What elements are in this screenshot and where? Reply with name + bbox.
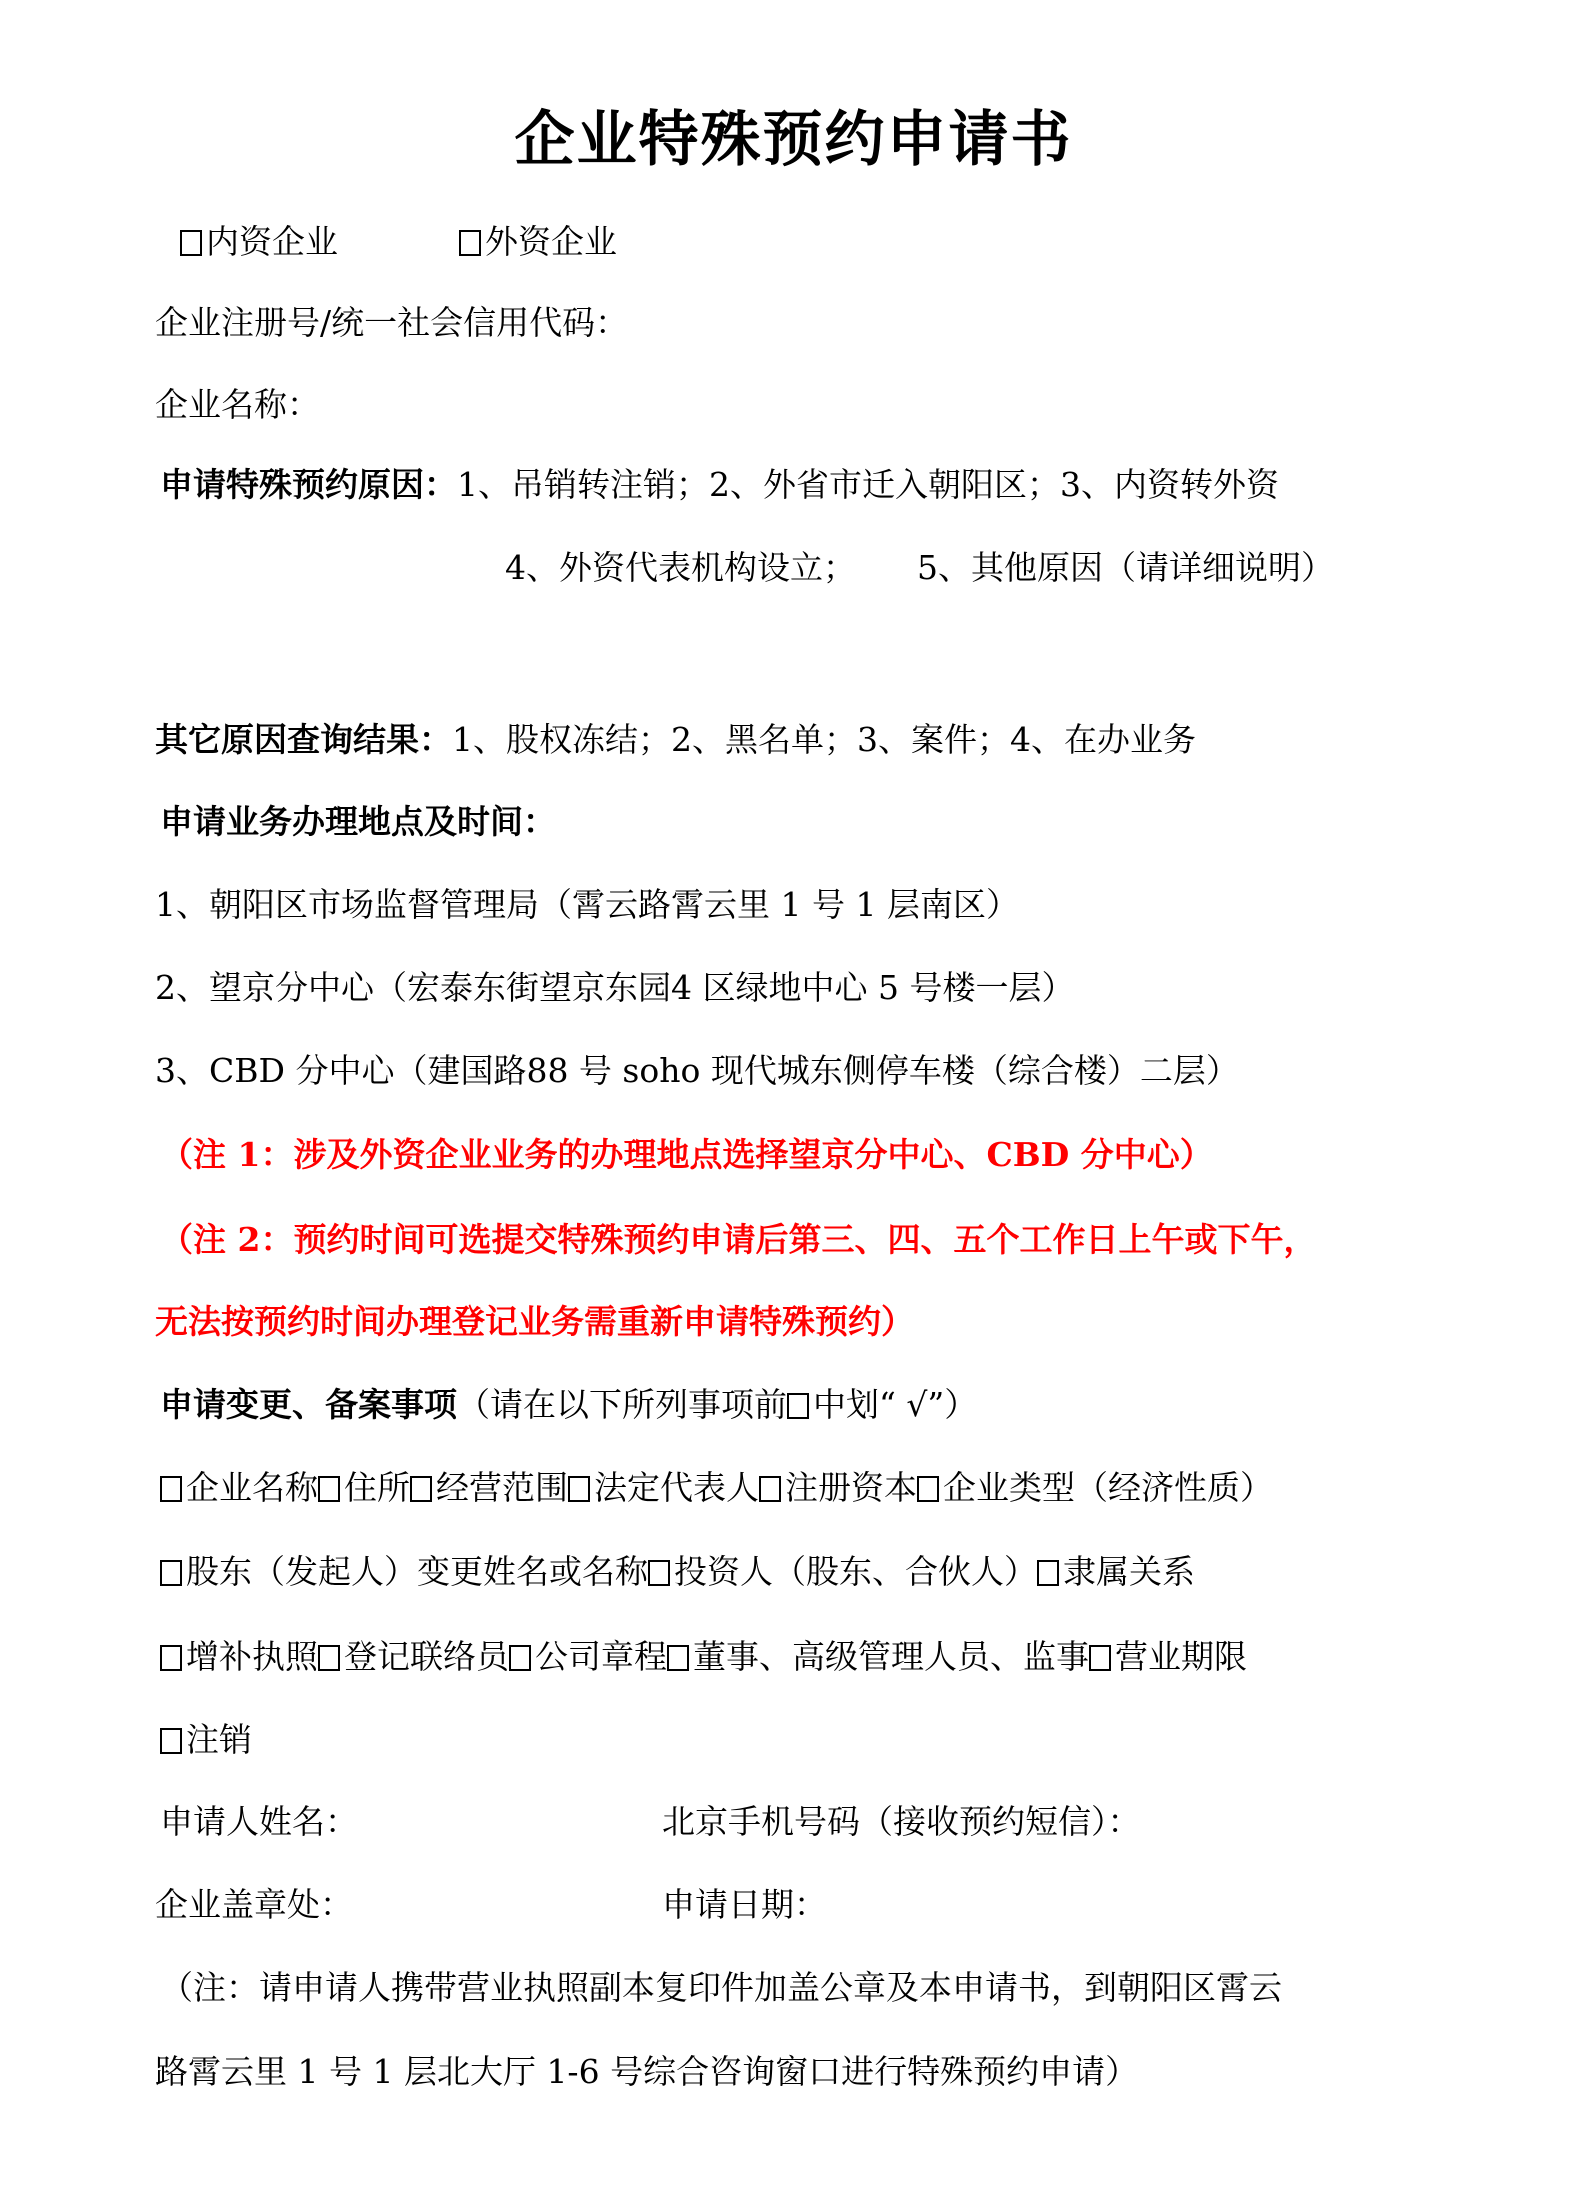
checkbox-icon[interactable]	[509, 1645, 531, 1671]
change-item-label: 营业期限	[1115, 1637, 1247, 1676]
option-label: 内资企业	[206, 222, 338, 261]
note-2-line-1: （注 2：预约时间可选提交特殊预约申请后第三、四、五个工作日上午或下午，	[160, 1220, 1316, 1260]
domestic-enterprise-option[interactable]: 内资企业	[180, 222, 349, 261]
seal-label: 企业盖章处：	[155, 1885, 353, 1924]
footer-note-line-2: 路霄云里 1 号 1 层北大厅 1-6 号综合咨询窗口进行特殊预约申请）	[155, 2052, 1138, 2092]
change-item-label: 注销	[186, 1720, 252, 1759]
change-item-legal-rep[interactable]: 法定代表人	[568, 1468, 759, 1507]
reasons-line1: 1、吊销转注销；2、外省市迁入朝阳区；3、内资转外资	[457, 465, 1279, 504]
date-label: 申请日期：	[662, 1885, 827, 1924]
change-items-row-3: 增补执照登记联络员公司章程董事、高级管理人员、监事营业期限	[160, 1637, 1247, 1677]
reasons-row: 申请特殊预约原因：1、吊销转注销；2、外省市迁入朝阳区；3、内资转外资	[160, 465, 1279, 505]
checkbox-icon[interactable]	[667, 1645, 689, 1671]
checkbox-icon[interactable]	[318, 1476, 340, 1502]
change-item-investor[interactable]: 投资人（股东、合伙人）	[648, 1552, 1037, 1591]
phone-field[interactable]: 北京手机号码（接收预约短信）：	[662, 1802, 1141, 1842]
applicant-name-field[interactable]: 申请人姓名：	[160, 1802, 358, 1842]
reasons-label: 申请特殊预约原因：	[160, 465, 457, 504]
change-item-enterprise-type[interactable]: 企业类型（经济性质）	[917, 1468, 1273, 1507]
reasons-row-2: 4、外资代表机构设立； 5、其他原因（请详细说明）	[505, 548, 1334, 588]
locations-heading: 申请业务办理地点及时间：	[160, 802, 556, 842]
change-item-label: 住所	[344, 1468, 410, 1507]
change-item-label: 增补执照	[186, 1637, 318, 1676]
reason-item-5: 5、其他原因（请详细说明）	[917, 548, 1334, 587]
change-item-address[interactable]: 住所	[318, 1468, 410, 1507]
change-item-business-scope[interactable]: 经营范围	[410, 1468, 568, 1507]
change-item-label: 企业类型（经济性质）	[943, 1468, 1273, 1507]
change-item-liaison[interactable]: 登记联络员	[318, 1637, 509, 1676]
page-title: 企业特殊预约申请书	[0, 100, 1587, 180]
checkbox-icon[interactable]	[160, 1476, 182, 1502]
change-item-deregistration[interactable]: 注销	[160, 1720, 252, 1759]
location-item: 1、朝阳区市场监督管理局（霄云路霄云里 1 号 1 层南区）	[155, 885, 1019, 925]
checkbox-icon[interactable]	[1089, 1645, 1111, 1671]
checkbox-icon[interactable]	[648, 1560, 670, 1586]
change-item-license-supplement[interactable]: 增补执照	[160, 1637, 318, 1676]
other-query-label: 其它原因查询结果：	[155, 720, 452, 759]
foreign-enterprise-option[interactable]: 外资企业	[459, 222, 617, 261]
option-label: 外资企业	[485, 222, 617, 261]
change-item-affiliation[interactable]: 隶属关系	[1037, 1552, 1195, 1591]
checkbox-icon[interactable]	[917, 1476, 939, 1502]
checkbox-icon[interactable]	[759, 1476, 781, 1502]
checkbox-icon[interactable]	[160, 1728, 182, 1754]
change-items-heading-row: 申请变更、备案事项（请在以下所列事项前中划“ √”）	[160, 1385, 977, 1425]
change-item-label: 投资人（股东、合伙人）	[674, 1552, 1037, 1591]
enterprise-name-label: 企业名称：	[155, 385, 320, 424]
change-item-enterprise-name[interactable]: 企业名称	[160, 1468, 318, 1507]
location-item: 2、望京分中心（宏泰东街望京东园4 区绿地中心 5 号楼一层）	[155, 968, 1074, 1008]
phone-label: 北京手机号码（接收预约短信）：	[662, 1802, 1141, 1841]
checkbox-icon[interactable]	[318, 1645, 340, 1671]
change-item-directors[interactable]: 董事、高级管理人员、监事	[667, 1637, 1089, 1676]
location-item: 3、CBD 分中心（建国路88 号 soho 现代城东侧停车楼（综合楼）二层）	[155, 1051, 1239, 1091]
enterprise-type-row: 内资企业 外资企业	[180, 222, 617, 262]
reg-code-field[interactable]: 企业注册号/统一社会信用代码：	[155, 303, 628, 343]
instruction-pre: （请在以下所列事项前	[457, 1385, 787, 1424]
checkbox-icon[interactable]	[180, 230, 202, 256]
change-item-shareholder-name[interactable]: 股东（发起人）变更姓名或名称	[160, 1552, 648, 1591]
enterprise-name-field[interactable]: 企业名称：	[155, 385, 320, 425]
change-items-row-2: 股东（发起人）变更姓名或名称投资人（股东、合伙人）隶属关系	[160, 1552, 1195, 1592]
checkbox-icon[interactable]	[459, 230, 481, 256]
change-item-label: 登记联络员	[344, 1637, 509, 1676]
change-item-label: 隶属关系	[1063, 1552, 1195, 1591]
change-items-heading: 申请变更、备案事项	[160, 1385, 457, 1424]
change-items-row-1: 企业名称住所经营范围法定代表人注册资本企业类型（经济性质）	[160, 1468, 1273, 1508]
change-item-registered-capital[interactable]: 注册资本	[759, 1468, 917, 1507]
change-item-label: 注册资本	[785, 1468, 917, 1507]
checkbox-icon[interactable]	[160, 1645, 182, 1671]
applicant-name-label: 申请人姓名：	[160, 1802, 358, 1841]
other-query-row: 其它原因查询结果：1、股权冻结；2、黑名单；3、案件；4、在办业务	[155, 720, 1196, 760]
checkbox-icon[interactable]	[1037, 1560, 1059, 1586]
change-item-label: 企业名称	[186, 1468, 318, 1507]
change-item-label: 股东（发起人）变更姓名或名称	[186, 1552, 648, 1591]
checkbox-icon[interactable]	[160, 1560, 182, 1586]
other-query-text: 1、股权冻结；2、黑名单；3、案件；4、在办业务	[452, 720, 1196, 759]
checkbox-icon	[787, 1393, 809, 1419]
reg-code-label: 企业注册号/统一社会信用代码：	[155, 303, 628, 342]
change-item-label: 董事、高级管理人员、监事	[693, 1637, 1089, 1676]
reason-item-4: 4、外资代表机构设立；	[505, 548, 856, 587]
change-item-business-term[interactable]: 营业期限	[1089, 1637, 1247, 1676]
note-1: （注 1：涉及外资企业业务的办理地点选择望京分中心、CBD 分中心）	[160, 1135, 1213, 1175]
seal-field[interactable]: 企业盖章处：	[155, 1885, 353, 1925]
checkbox-icon[interactable]	[410, 1476, 432, 1502]
change-item-label: 法定代表人	[594, 1468, 759, 1507]
checkbox-icon[interactable]	[568, 1476, 590, 1502]
date-field[interactable]: 申请日期：	[662, 1885, 827, 1925]
change-item-articles[interactable]: 公司章程	[509, 1637, 667, 1676]
change-items-row-4: 注销	[160, 1720, 252, 1760]
change-item-label: 经营范围	[436, 1468, 568, 1507]
instruction-post: 中划“ √”）	[813, 1385, 977, 1424]
note-2-line-2: 无法按预约时间办理登记业务需重新申请特殊预约）	[155, 1302, 914, 1342]
footer-note-line-1: （注：请申请人携带营业执照副本复印件加盖公章及本申请书，到朝阳区霄云	[160, 1968, 1282, 2008]
change-item-label: 公司章程	[535, 1637, 667, 1676]
